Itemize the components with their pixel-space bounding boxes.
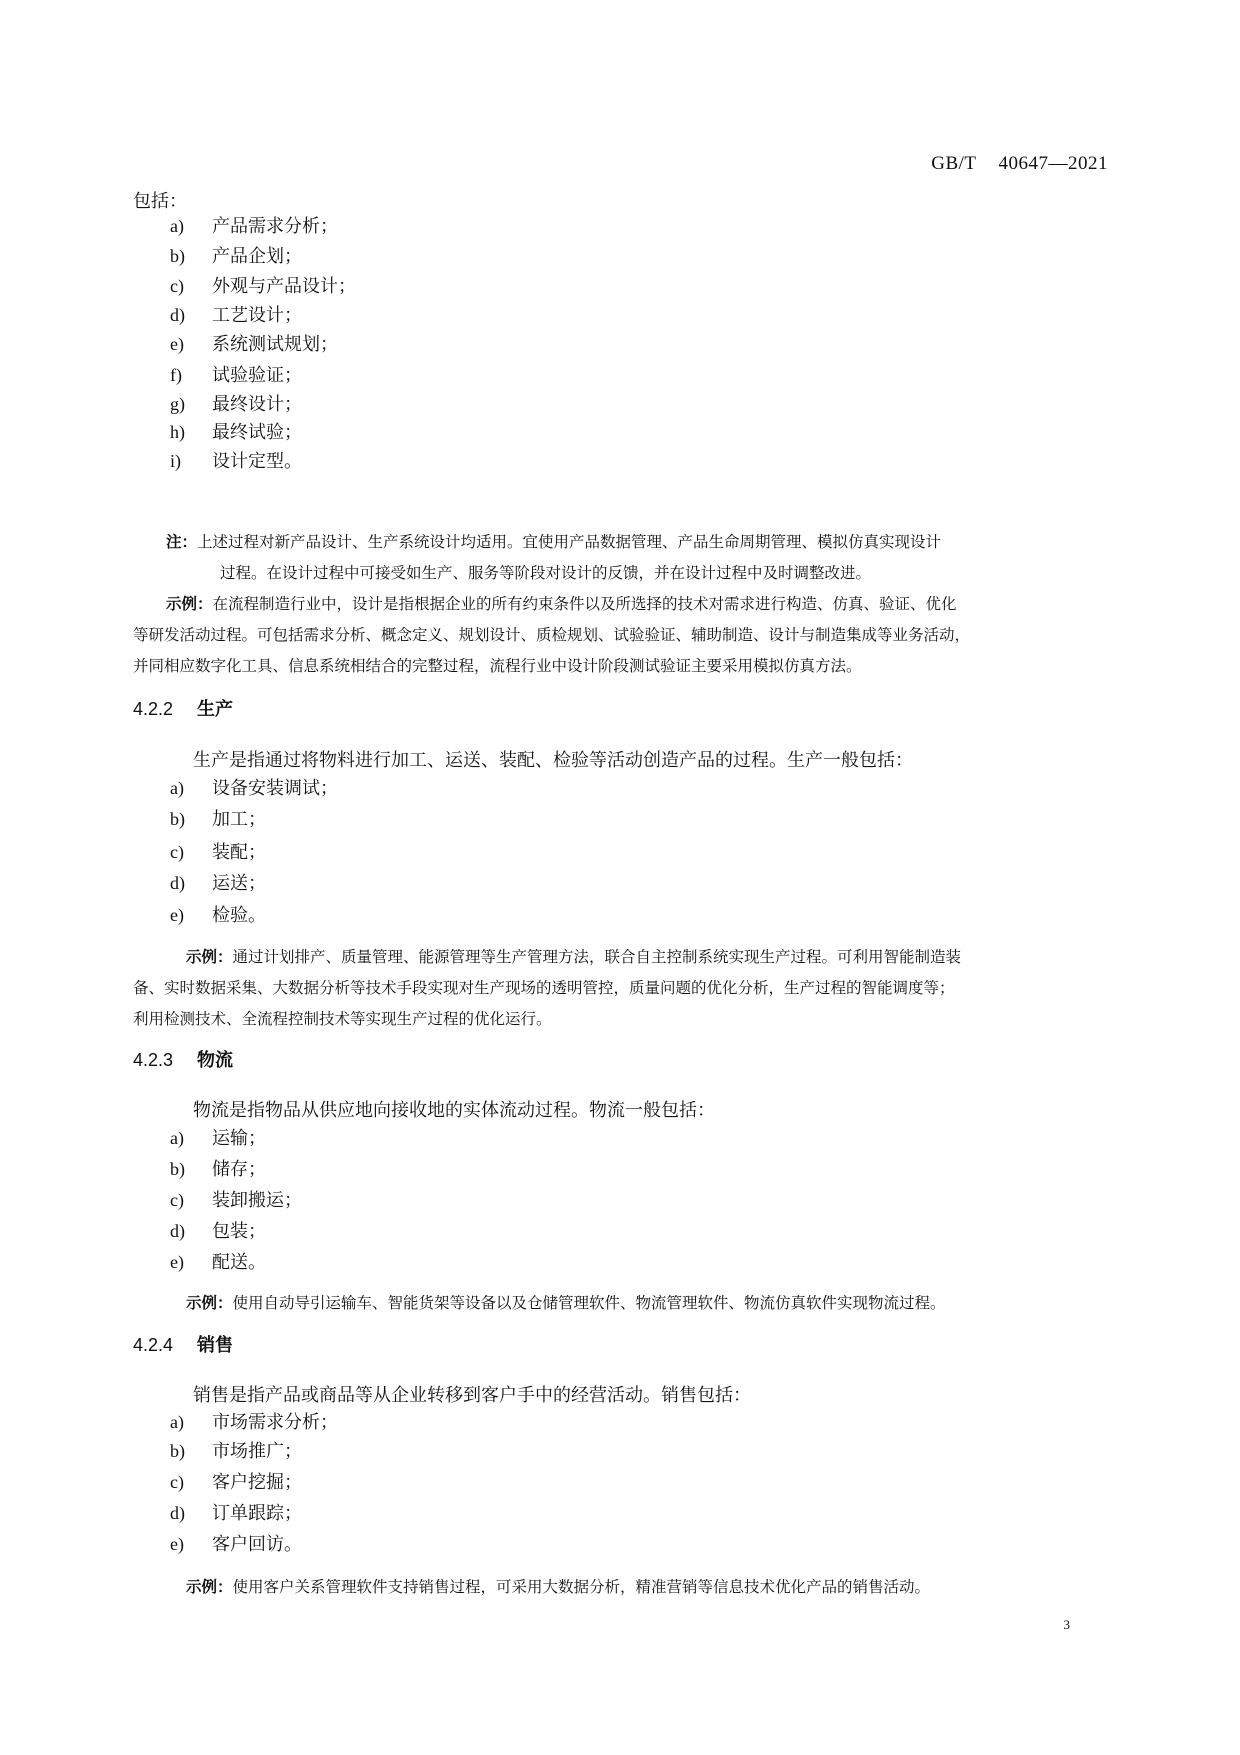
list-item: b)加工； — [170, 805, 266, 831]
item-text: 客户挖掘； — [212, 1472, 302, 1493]
list-item: b)储存； — [170, 1155, 266, 1181]
list-item: e)系统测试规划； — [170, 330, 338, 356]
list-item: e)配送。 — [170, 1248, 266, 1274]
item-label: b) — [170, 1441, 212, 1462]
item-label: a) — [170, 778, 212, 799]
section-number: 4.2.3 — [133, 1050, 173, 1070]
item-label: i) — [170, 451, 212, 472]
item-label: b) — [170, 809, 212, 830]
list-item: b)产品企划； — [170, 242, 302, 268]
list-item: g)最终设计； — [170, 390, 302, 416]
list-item: c)外观与产品设计； — [170, 272, 356, 298]
section-heading: 4.2.4销售 — [133, 1331, 233, 1357]
list-item: d)工艺设计； — [170, 301, 302, 327]
standard-number: GB/T40647—2021 — [931, 153, 1108, 175]
list-item: f)试验验证； — [170, 361, 302, 387]
list-item: a)产品需求分析； — [170, 212, 338, 238]
section-heading: 4.2.2生产 — [133, 695, 233, 721]
standard-code: 40647—2021 — [999, 153, 1109, 174]
item-label: b) — [170, 1159, 212, 1180]
item-text: 最终试验； — [212, 422, 302, 443]
item-text: 设计定型。 — [212, 451, 302, 472]
item-text: 产品需求分析； — [212, 216, 338, 237]
example-label: 示例： — [186, 1294, 233, 1312]
item-text: 试验验证； — [212, 365, 302, 386]
section-title: 物流 — [197, 1050, 233, 1071]
standard-prefix: GB/T — [931, 153, 976, 174]
section-title: 销售 — [197, 1335, 233, 1356]
section-number: 4.2.2 — [133, 699, 173, 719]
example-label: 示例： — [166, 595, 213, 613]
item-label: a) — [170, 1412, 212, 1433]
note-text: 上述过程对新产品设计、生产系统设计均适用。宜使用产品数据管理、产品生命周期管理、… — [197, 533, 941, 551]
item-label: d) — [170, 1503, 212, 1524]
item-text: 储存； — [212, 1159, 266, 1180]
example-text: 使用自动导引运输车、智能货架等设备以及仓储管理软件、物流管理软件、物流仿真软件实… — [233, 1294, 946, 1312]
design-note: 注：上述过程对新产品设计、生产系统设计均适用。宜使用产品数据管理、产品生命周期管… — [166, 527, 941, 558]
design-example-cont: 等研发活动过程。可包括需求分析、概念定义、规划设计、质检规划、试验验证、辅助制造… — [133, 620, 970, 651]
design-example: 示例：在流程制造行业中，设计是指根据企业的所有约束条件以及所选择的技术对需求进行… — [166, 589, 957, 620]
example-label: 示例： — [186, 948, 233, 966]
item-text: 装卸搬运； — [212, 1190, 302, 1211]
item-label: c) — [170, 1190, 212, 1211]
list-item: a)市场需求分析； — [170, 1408, 338, 1434]
item-text: 订单跟踪； — [212, 1503, 302, 1524]
design-example-cont: 并同相应数字化工具、信息系统相结合的完整过程，流程行业中设计阶段测试验证主要采用… — [133, 651, 862, 682]
example-label: 示例： — [186, 1578, 233, 1596]
item-label: c) — [170, 842, 212, 863]
item-label: d) — [170, 873, 212, 894]
example-text: 通过计划排产、质量管理、能源管理等生产管理方法，联合自主控制系统实现生产过程。可… — [233, 948, 962, 966]
item-label: e) — [170, 334, 212, 355]
item-text: 运送； — [212, 873, 266, 894]
section-intro: 生产是指通过将物料进行加工、运送、装配、检验等活动创造产品的过程。生产一般包括： — [193, 746, 913, 772]
item-label: f) — [170, 365, 212, 386]
item-label: e) — [170, 1534, 212, 1555]
item-text: 检验。 — [212, 905, 266, 926]
item-text: 系统测试规划； — [212, 334, 338, 355]
item-label: a) — [170, 216, 212, 237]
list-item: a)设备安装调试； — [170, 774, 338, 800]
list-item: a)运输； — [170, 1124, 266, 1150]
list-item: d)包装； — [170, 1217, 266, 1243]
item-label: c) — [170, 276, 212, 297]
item-text: 设备安装调试； — [212, 778, 338, 799]
list-item: e)检验。 — [170, 901, 266, 927]
item-text: 运输； — [212, 1128, 266, 1149]
item-text: 最终设计； — [212, 394, 302, 415]
item-label: g) — [170, 394, 212, 415]
section-intro: 销售是指产品或商品等从企业转移到客户手中的经营活动。销售包括： — [193, 1381, 751, 1407]
section-example-cont: 利用检测技术、全流程控制技术等实现生产过程的优化运行。 — [133, 1004, 552, 1035]
item-text: 包装； — [212, 1221, 266, 1242]
item-label: c) — [170, 1472, 212, 1493]
list-item: i)设计定型。 — [170, 447, 302, 473]
section-example: 示例：使用自动导引运输车、智能货架等设备以及仓储管理软件、物流管理软件、物流仿真… — [186, 1288, 946, 1319]
section-heading: 4.2.3物流 — [133, 1046, 233, 1072]
design-note-cont: 过程。在设计过程中可接受如生产、服务等阶段对设计的反馈，并在设计过程中及时调整改… — [220, 558, 871, 589]
item-text: 装配； — [212, 842, 266, 863]
list-item: c)装配； — [170, 838, 266, 864]
item-text: 产品企划； — [212, 246, 302, 267]
item-label: d) — [170, 1221, 212, 1242]
note-label: 注： — [166, 533, 197, 551]
item-text: 市场推广； — [212, 1441, 302, 1462]
intro-text: 包括： — [133, 187, 187, 213]
item-text: 外观与产品设计； — [212, 276, 356, 297]
item-label: h) — [170, 422, 212, 443]
item-label: d) — [170, 305, 212, 326]
item-text: 客户回访。 — [212, 1534, 302, 1555]
section-example-cont: 备、实时数据采集、大数据分析等技术手段实现对生产现场的透明管控，质量问题的优化分… — [133, 973, 955, 1004]
section-title: 生产 — [197, 699, 233, 720]
item-text: 加工； — [212, 809, 266, 830]
section-example: 示例：使用客户关系管理软件支持销售过程，可采用大数据分析，精准营销等信息技术优化… — [186, 1572, 930, 1603]
list-item: c)客户挖掘； — [170, 1468, 302, 1494]
item-text: 市场需求分析； — [212, 1412, 338, 1433]
list-item: d)订单跟踪； — [170, 1499, 302, 1525]
item-label: e) — [170, 1252, 212, 1273]
page-number: 3 — [1064, 1617, 1071, 1633]
section-number: 4.2.4 — [133, 1335, 173, 1355]
example-text: 使用客户关系管理软件支持销售过程，可采用大数据分析，精准营销等信息技术优化产品的… — [233, 1578, 931, 1596]
item-text: 配送。 — [212, 1252, 266, 1273]
list-item: c)装卸搬运； — [170, 1186, 302, 1212]
list-item: b)市场推广； — [170, 1437, 302, 1463]
list-item: e)客户回访。 — [170, 1530, 302, 1556]
list-item: d)运送； — [170, 869, 266, 895]
item-text: 工艺设计； — [212, 305, 302, 326]
section-intro: 物流是指物品从供应地向接收地的实体流动过程。物流一般包括： — [193, 1096, 715, 1122]
example-text: 在流程制造行业中，设计是指根据企业的所有约束条件以及所选择的技术对需求进行构造、… — [213, 595, 957, 613]
item-label: e) — [170, 905, 212, 926]
section-example: 示例：通过计划排产、质量管理、能源管理等生产管理方法，联合自主控制系统实现生产过… — [186, 942, 961, 973]
list-item: h)最终试验； — [170, 418, 302, 444]
item-label: b) — [170, 246, 212, 267]
item-label: a) — [170, 1128, 212, 1149]
